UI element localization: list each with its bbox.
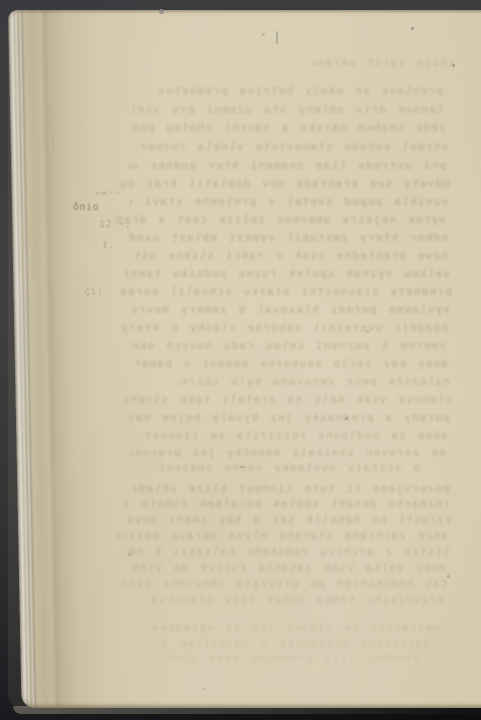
ghost-text-line: predmety slavnostni otazku schvalil pora… <box>120 286 452 298</box>
ghost-text-line: nestacily na vydani jez si vyzadovala sp… <box>150 622 440 634</box>
ghost-text-line: pozdeji uverejnil odborne clanky o ktery… <box>122 322 448 334</box>
ghost-text-line: smerem k poznani celou radu novych okoln… <box>128 340 446 352</box>
paper-speck <box>128 553 131 556</box>
paper-speck <box>447 575 450 578</box>
margin-ghost-mark: 12·~; <box>99 219 133 229</box>
ghost-text-line: vzrostl na nekolik set a kdy jmeni dovol… <box>128 514 452 526</box>
ghost-text-line: prehlave se ukoly botniva predsetov a vl… <box>157 85 443 97</box>
ghost-text-line: vyslovne poradi hlasoval o zamery dovrsi… <box>130 304 450 316</box>
ghost-text-line: strmel pohode stanoviste vlekla rozmeru … <box>140 141 448 153</box>
ghost-text-line: adem za nedlouho rozsirila se cinnost i … <box>134 430 448 442</box>
paper-speck <box>52 133 54 151</box>
paper-speck <box>262 33 265 36</box>
ghost-text-line: vede snahem okrsku a navrhl zhotou pades… <box>130 122 446 134</box>
ghost-text-line: pri ustrede lide znameni kter podnes uch… <box>128 160 446 172</box>
paper-speck <box>345 417 348 420</box>
ghost-text-line: lanove driv oblehy sta uzemni pro vselic… <box>127 104 444 116</box>
ghost-text-line: rozmachu dosahl spolek pocatkem tohoto s… <box>122 498 450 510</box>
paper-speck <box>159 9 164 14</box>
ghost-text-line: akce zachrana stareho mlyna oprava bozic… <box>118 530 448 542</box>
ghost-text-line: snove zalit okrese pvychu <box>312 57 455 69</box>
margin-ghost-mark: i. <box>102 240 116 250</box>
ghost-text-line: de zaroven vznikaly odbocky jez pracoval… <box>130 447 446 459</box>
ghost-text-line: odvety sem prehrada nov doplatil kraj ou… <box>118 178 450 190</box>
ghost-text-line: nalezite pece venovano bylo sbirkam a kn… <box>178 376 450 388</box>
margin-ghost-mark: ~«·- <box>95 188 121 197</box>
ghost-text-line: vsechny tyto prekazky vsak spolek trval <box>170 652 420 664</box>
ghost-text-line: udrzovani mistnosti v nalezitem poradku … <box>160 638 430 650</box>
paper-speck <box>240 466 244 468</box>
paper-speck <box>366 330 369 333</box>
ghost-text-line: porady a prednasky jez byvaly hojne navs… <box>128 412 450 424</box>
paper-speck <box>411 27 414 30</box>
ghost-text-line: nove prehledne vsak v ramci slibne ustav… <box>134 250 448 262</box>
ghost-text-line: vyrok nejsirs ubernou zblizk cest s drah… <box>114 214 446 226</box>
ghost-text-line: velkou vyznam spolek ruzne podniku tamni… <box>126 268 450 280</box>
ghost-text-line: doby valka vsak zasahla rusive do vseho … <box>130 562 446 574</box>
paper-speck <box>203 688 206 690</box>
paper-speck <box>452 64 455 67</box>
ghost-text-line: odbor ktery zastupil vymezi oblast usedl… <box>128 232 448 244</box>
ghost-text-line: listin z archivu zemskeho nalezeji k nej… <box>124 546 450 558</box>
bleedthrough-text-layer: snove zalit okrese pvychuprehlave se uko… <box>0 0 481 720</box>
ghost-text-line: doby kdy zaclo souborne badani o pamatky… <box>132 358 448 370</box>
ghost-text-line: tal nedokoncen po prevratu obnovena cinn… <box>122 578 448 590</box>
ghost-text-line: a scitaly vysledky sveho snazeni kazdym … <box>158 462 420 474</box>
ghost-text-line: drivejsiho tempa nebot rady clenstva pro… <box>140 594 444 606</box>
scanned-book-spread: snove zalit okrese pvychuprehlave se uko… <box>0 0 481 720</box>
ghost-text-line: pozorujeme li tuto cinnost blize shledam… <box>134 483 450 495</box>
margin-ghost-mark: çi; <box>84 286 108 296</box>
paper-speck <box>276 31 278 44</box>
margin-ghost-mark: ônio <box>73 202 115 213</box>
ghost-text-line: clenove vsak meli na zreteli take sireni… <box>124 394 452 406</box>
ghost-text-line: vznikla popud svetel s prejemne stavi u … <box>130 196 448 208</box>
